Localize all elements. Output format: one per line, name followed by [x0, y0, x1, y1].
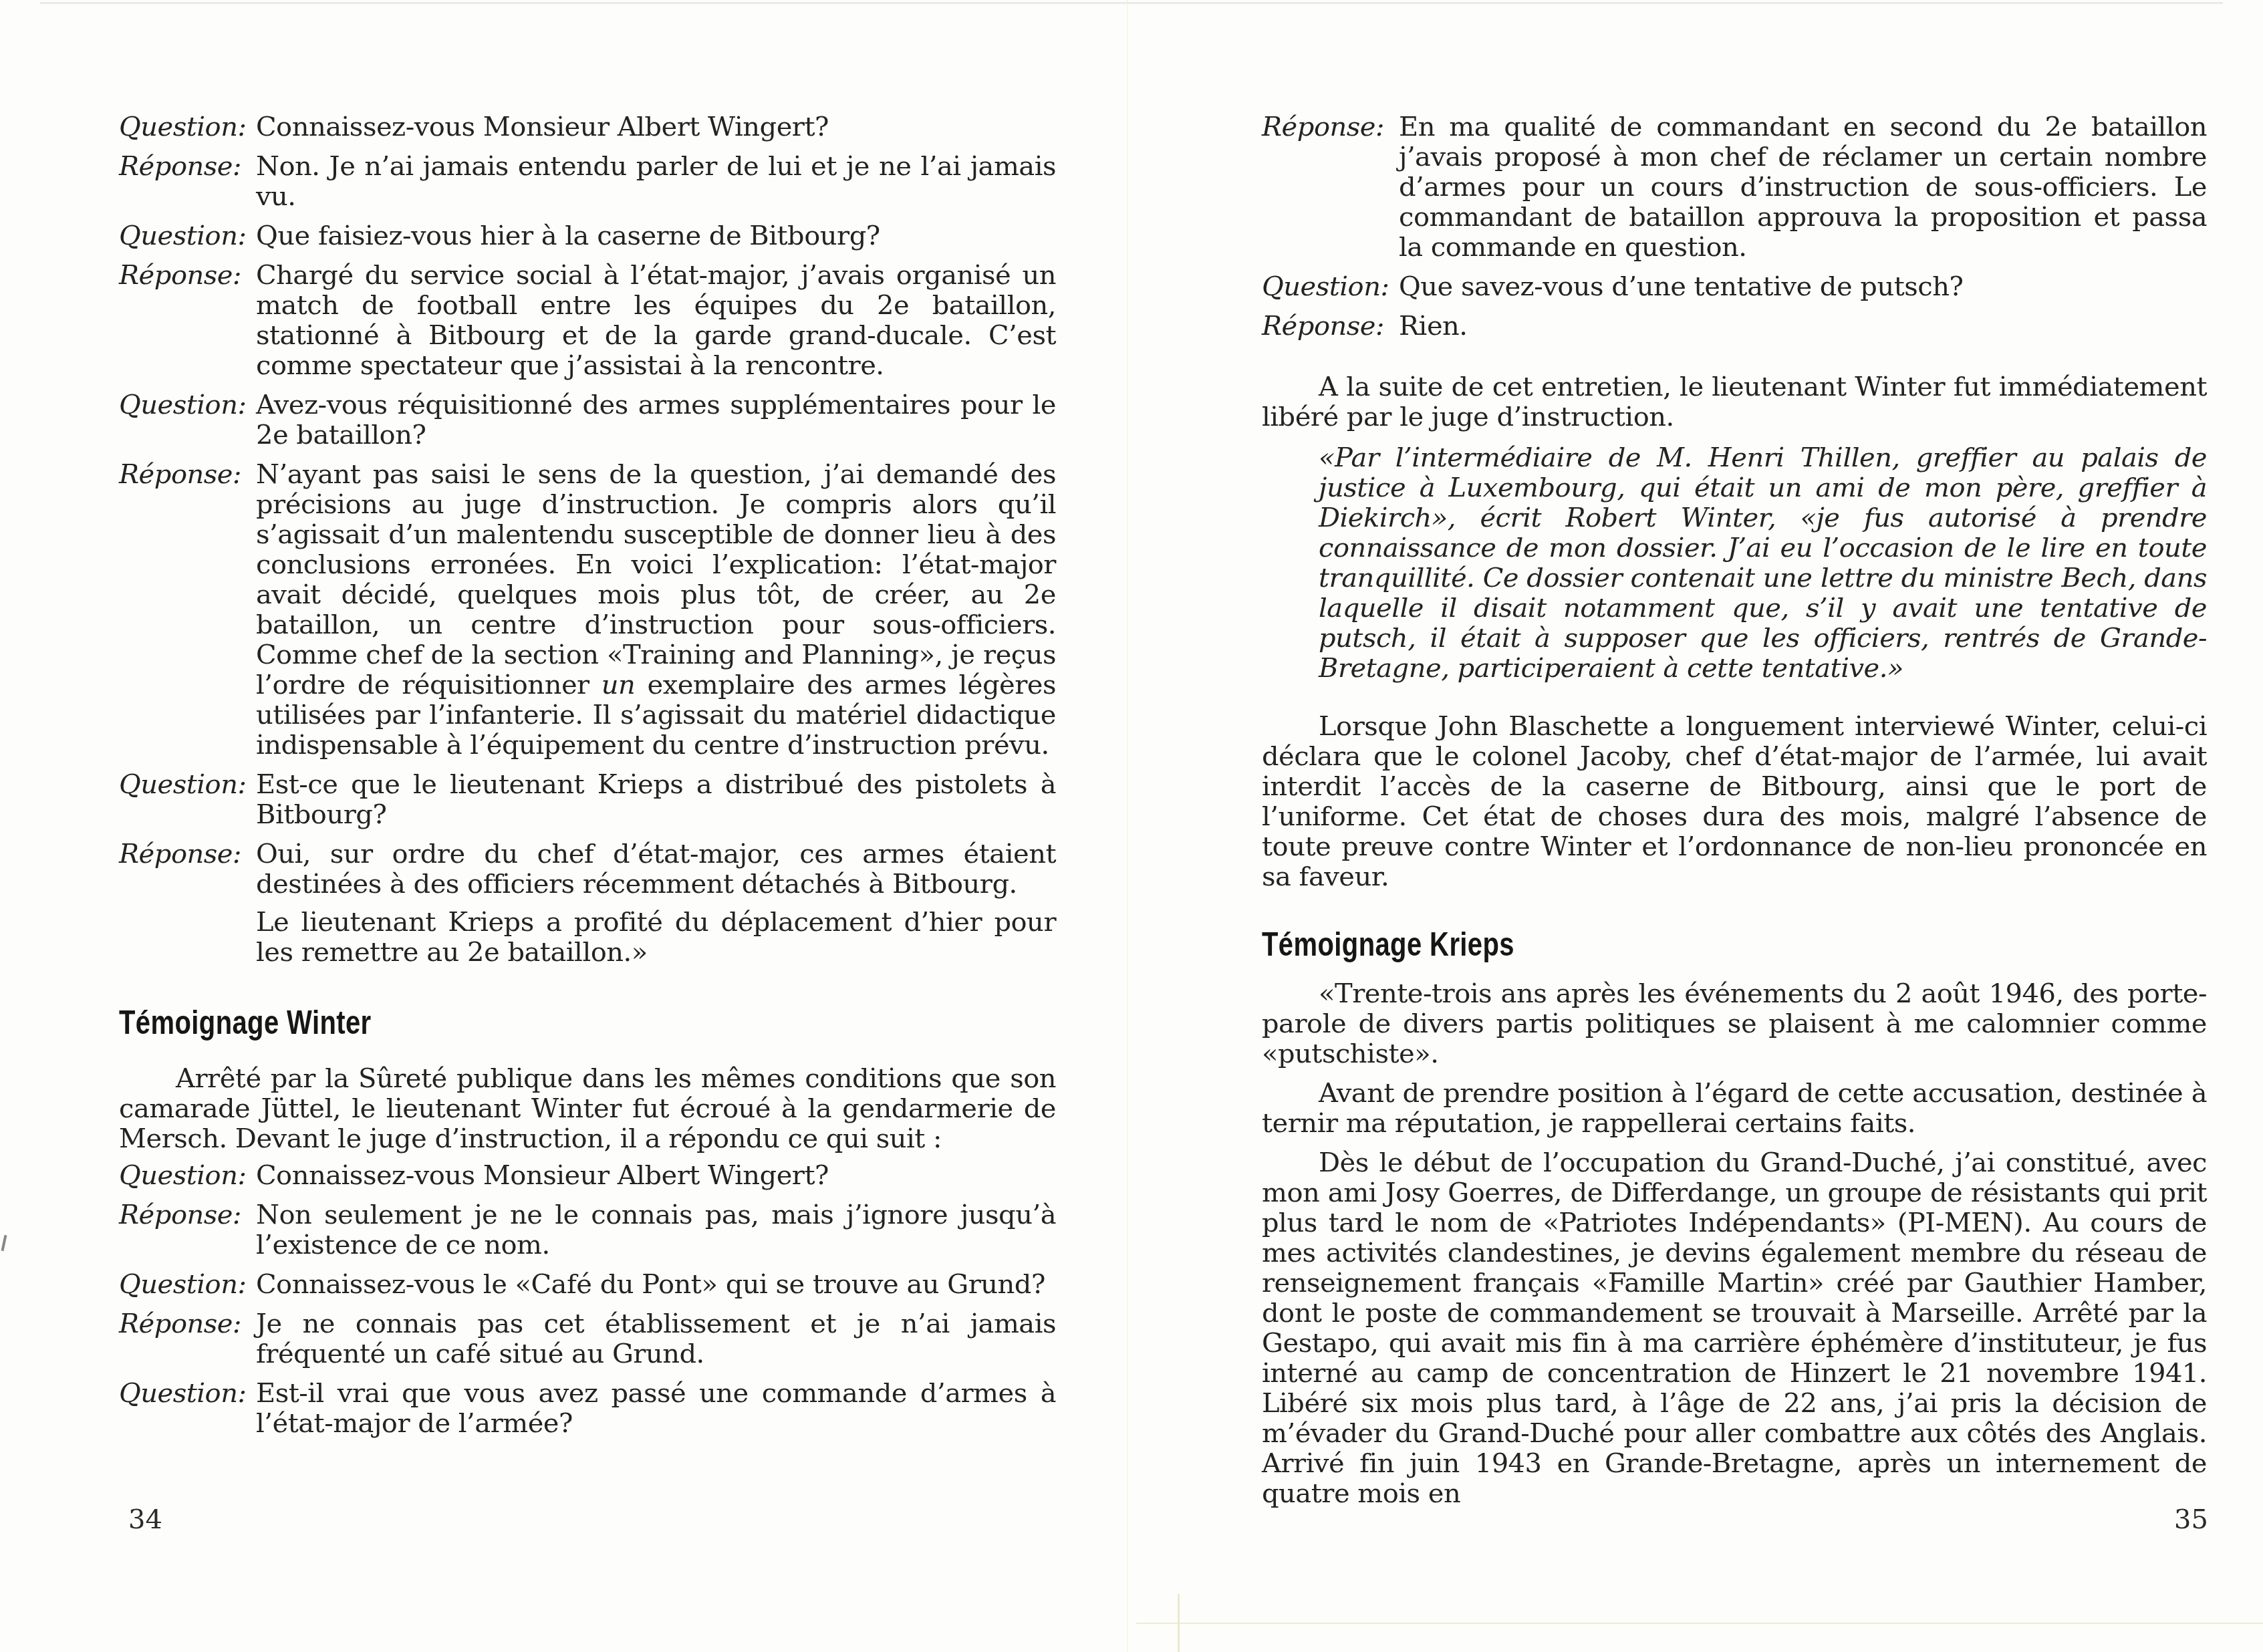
- qa-entry: Question: Est-il vrai que vous avez pass…: [119, 1379, 1056, 1439]
- section-heading-text: Témoignage Krieps: [1262, 927, 1514, 962]
- qa-text: N’ayant pas saisi le sens de la question…: [256, 460, 1056, 761]
- qa-label: Question:: [119, 221, 256, 251]
- qa-answer-text: Non seulement je ne le connais pas, mais…: [256, 1200, 1056, 1260]
- qa-label: Réponse:: [1262, 311, 1399, 341]
- qa-text: Non. Je n’ai jamais entendu parler de lu…: [256, 152, 1056, 212]
- qa-entry: Question: Est-ce que le lieutenant Kriep…: [119, 770, 1056, 830]
- winter-quote-block: «Par l’intermédiaire de M. Henri Thillen…: [1319, 443, 2207, 684]
- qa-answer-text: En ma qualité de commandant en second du…: [1399, 112, 2207, 263]
- page-left: Question: Connaissez-vous Monsieur Alber…: [119, 112, 1056, 1439]
- qa-text: Connaissez-vous Monsieur Albert Wingert?: [256, 112, 1056, 142]
- qa-text: Que faisiez-vous hier à la caserne de Bi…: [256, 221, 1056, 251]
- krieps-paragraph: Avant de prendre position à l’égard de c…: [1262, 1079, 2207, 1139]
- qa-label: Question:: [119, 1161, 256, 1191]
- qa-question-text: Est-il vrai que vous avez passé une comm…: [256, 1379, 1056, 1439]
- qa-label: Réponse:: [119, 460, 256, 490]
- qa-entry: Question: Que faisiez-vous hier à la cas…: [119, 221, 1056, 251]
- qa-label: Question:: [119, 390, 256, 420]
- qa-label: Question:: [119, 770, 256, 800]
- qa-question-text: Est-ce que le lieutenant Krieps a distri…: [256, 770, 1056, 830]
- qa-entry: Réponse: Rien.: [1262, 311, 2207, 341]
- qa-text: Chargé du service social à l’état-major,…: [256, 261, 1056, 381]
- qa-answer-text: Chargé du service social à l’état-major,…: [256, 261, 1056, 381]
- qa-text: Oui, sur ordre du chef d’état-major, ces…: [256, 839, 1056, 968]
- qa-question-text: Connaissez-vous Monsieur Albert Wingert?: [256, 1161, 1056, 1191]
- qa-answer-segment: N’ayant pas saisi le sens de la question…: [256, 459, 1056, 700]
- qa-entry: Réponse: Oui, sur ordre du chef d’état-m…: [119, 839, 1056, 968]
- page-number-left: 34: [128, 1505, 162, 1535]
- scan-artifact-bottom-line: [1136, 1623, 2263, 1624]
- qa-label: Question:: [119, 112, 256, 142]
- section-heading-krieps: Témoignage Krieps: [1262, 927, 2207, 962]
- krieps-paragraph: «Trente-trois ans après les événements d…: [1262, 979, 2207, 1069]
- qa-answer-emphasis: un: [602, 670, 636, 700]
- qa-text: Je ne connais pas cet établissement et j…: [256, 1309, 1056, 1369]
- krieps-paragraph: Dès le début de l’occupation du Grand-Du…: [1262, 1148, 2207, 1509]
- scanned-book-spread: { "document": { "left_page": { "page_num…: [0, 0, 2263, 1652]
- qa-text: En ma qualité de commandant en second du…: [1399, 112, 2207, 263]
- qa-answer-text: Non. Je n’ai jamais entendu parler de lu…: [256, 152, 1056, 212]
- qa-text: Est-ce que le lieutenant Krieps a distri…: [256, 770, 1056, 830]
- qa-label: Question:: [1262, 272, 1399, 302]
- qa-answer-text: Oui, sur ordre du chef d’état-major, ces…: [256, 839, 1056, 900]
- qa-block-winter: Question: Connaissez-vous Monsieur Alber…: [119, 1161, 1056, 1439]
- qa-entry: Réponse: Non seulement je ne le connais …: [119, 1200, 1056, 1260]
- qa-answer-text: Le lieutenant Krieps a profité du déplac…: [256, 908, 1056, 968]
- qa-label: Réponse:: [119, 261, 256, 291]
- winter-quote-text: «Par l’intermédiaire de M. Henri Thillen…: [1319, 443, 2207, 684]
- qa-entry: Réponse: En ma qualité de commandant en …: [1262, 112, 2207, 263]
- qa-label: Réponse:: [119, 1200, 256, 1230]
- scan-artifact-top-line: [40, 2, 2223, 4]
- intro-paragraph-winter: Arrêté par la Sûreté publique dans les m…: [119, 1064, 1056, 1154]
- qa-label: Réponse:: [119, 839, 256, 869]
- qa-label: Réponse:: [1262, 112, 1399, 142]
- qa-entry: Question: Connaissez-vous Monsieur Alber…: [119, 112, 1056, 142]
- qa-answer-text: Je ne connais pas cet établissement et j…: [256, 1309, 1056, 1369]
- qa-label: Réponse:: [119, 1309, 256, 1339]
- qa-text: Avez-vous réquisitionné des armes supplé…: [256, 390, 1056, 450]
- qa-question-text: Connaissez-vous le «Café du Pont» qui se…: [256, 1270, 1056, 1300]
- qa-answer-text: N’ayant pas saisi le sens de la question…: [256, 460, 1056, 761]
- section-heading-text: Témoignage Winter: [119, 1005, 372, 1040]
- qa-label: Question:: [119, 1379, 256, 1409]
- qa-question-text: Avez-vous réquisitionné des armes supplé…: [256, 390, 1056, 450]
- scan-artifact-edge-mark: [1, 1235, 7, 1251]
- qa-question-text: Que savez-vous d’une tentative de putsch…: [1399, 272, 2207, 302]
- paragraph-winter-release: A la suite de cet entretien, le lieutena…: [1262, 372, 2207, 432]
- qa-text: Est-il vrai que vous avez passé une comm…: [256, 1379, 1056, 1439]
- scan-artifact-gutter-crease: [1178, 1594, 1180, 1652]
- qa-entry: Réponse: Chargé du service social à l’ét…: [119, 261, 1056, 381]
- qa-entry: Question: Avez-vous réquisitionné des ar…: [119, 390, 1056, 450]
- qa-text: Connaissez-vous Monsieur Albert Wingert?: [256, 1161, 1056, 1191]
- qa-text: Rien.: [1399, 311, 2207, 341]
- section-heading-winter: Témoignage Winter: [119, 1005, 1056, 1040]
- qa-label: Réponse:: [119, 152, 256, 182]
- qa-entry: Question: Que savez-vous d’une tentative…: [1262, 272, 2207, 302]
- qa-text: Non seulement je ne le connais pas, mais…: [256, 1200, 1056, 1260]
- scan-artifact-gutter-line: [1127, 0, 1128, 1652]
- page-number-right: 35: [2152, 1505, 2208, 1535]
- qa-entry: Question: Connaissez-vous Monsieur Alber…: [119, 1161, 1056, 1191]
- qa-entry: Question: Connaissez-vous le «Café du Po…: [119, 1270, 1056, 1300]
- qa-text: Que savez-vous d’une tentative de putsch…: [1399, 272, 2207, 302]
- qa-label: Question:: [119, 1270, 256, 1300]
- qa-entry: Réponse: Non. Je n’ai jamais entendu par…: [119, 152, 1056, 212]
- qa-question-text: Connaissez-vous Monsieur Albert Wingert?: [256, 112, 1056, 142]
- qa-question-text: Que faisiez-vous hier à la caserne de Bi…: [256, 221, 1056, 251]
- paragraph-blaschette-interview: Lorsque John Blaschette a longuement int…: [1262, 712, 2207, 892]
- qa-text: Connaissez-vous le «Café du Pont» qui se…: [256, 1270, 1056, 1300]
- qa-entry: Réponse: Je ne connais pas cet établisse…: [119, 1309, 1056, 1369]
- qa-answer-text: Rien.: [1399, 311, 2207, 341]
- page-right: Réponse: En ma qualité de commandant en …: [1262, 112, 2207, 1509]
- qa-entry: Réponse: N’ayant pas saisi le sens de la…: [119, 460, 1056, 761]
